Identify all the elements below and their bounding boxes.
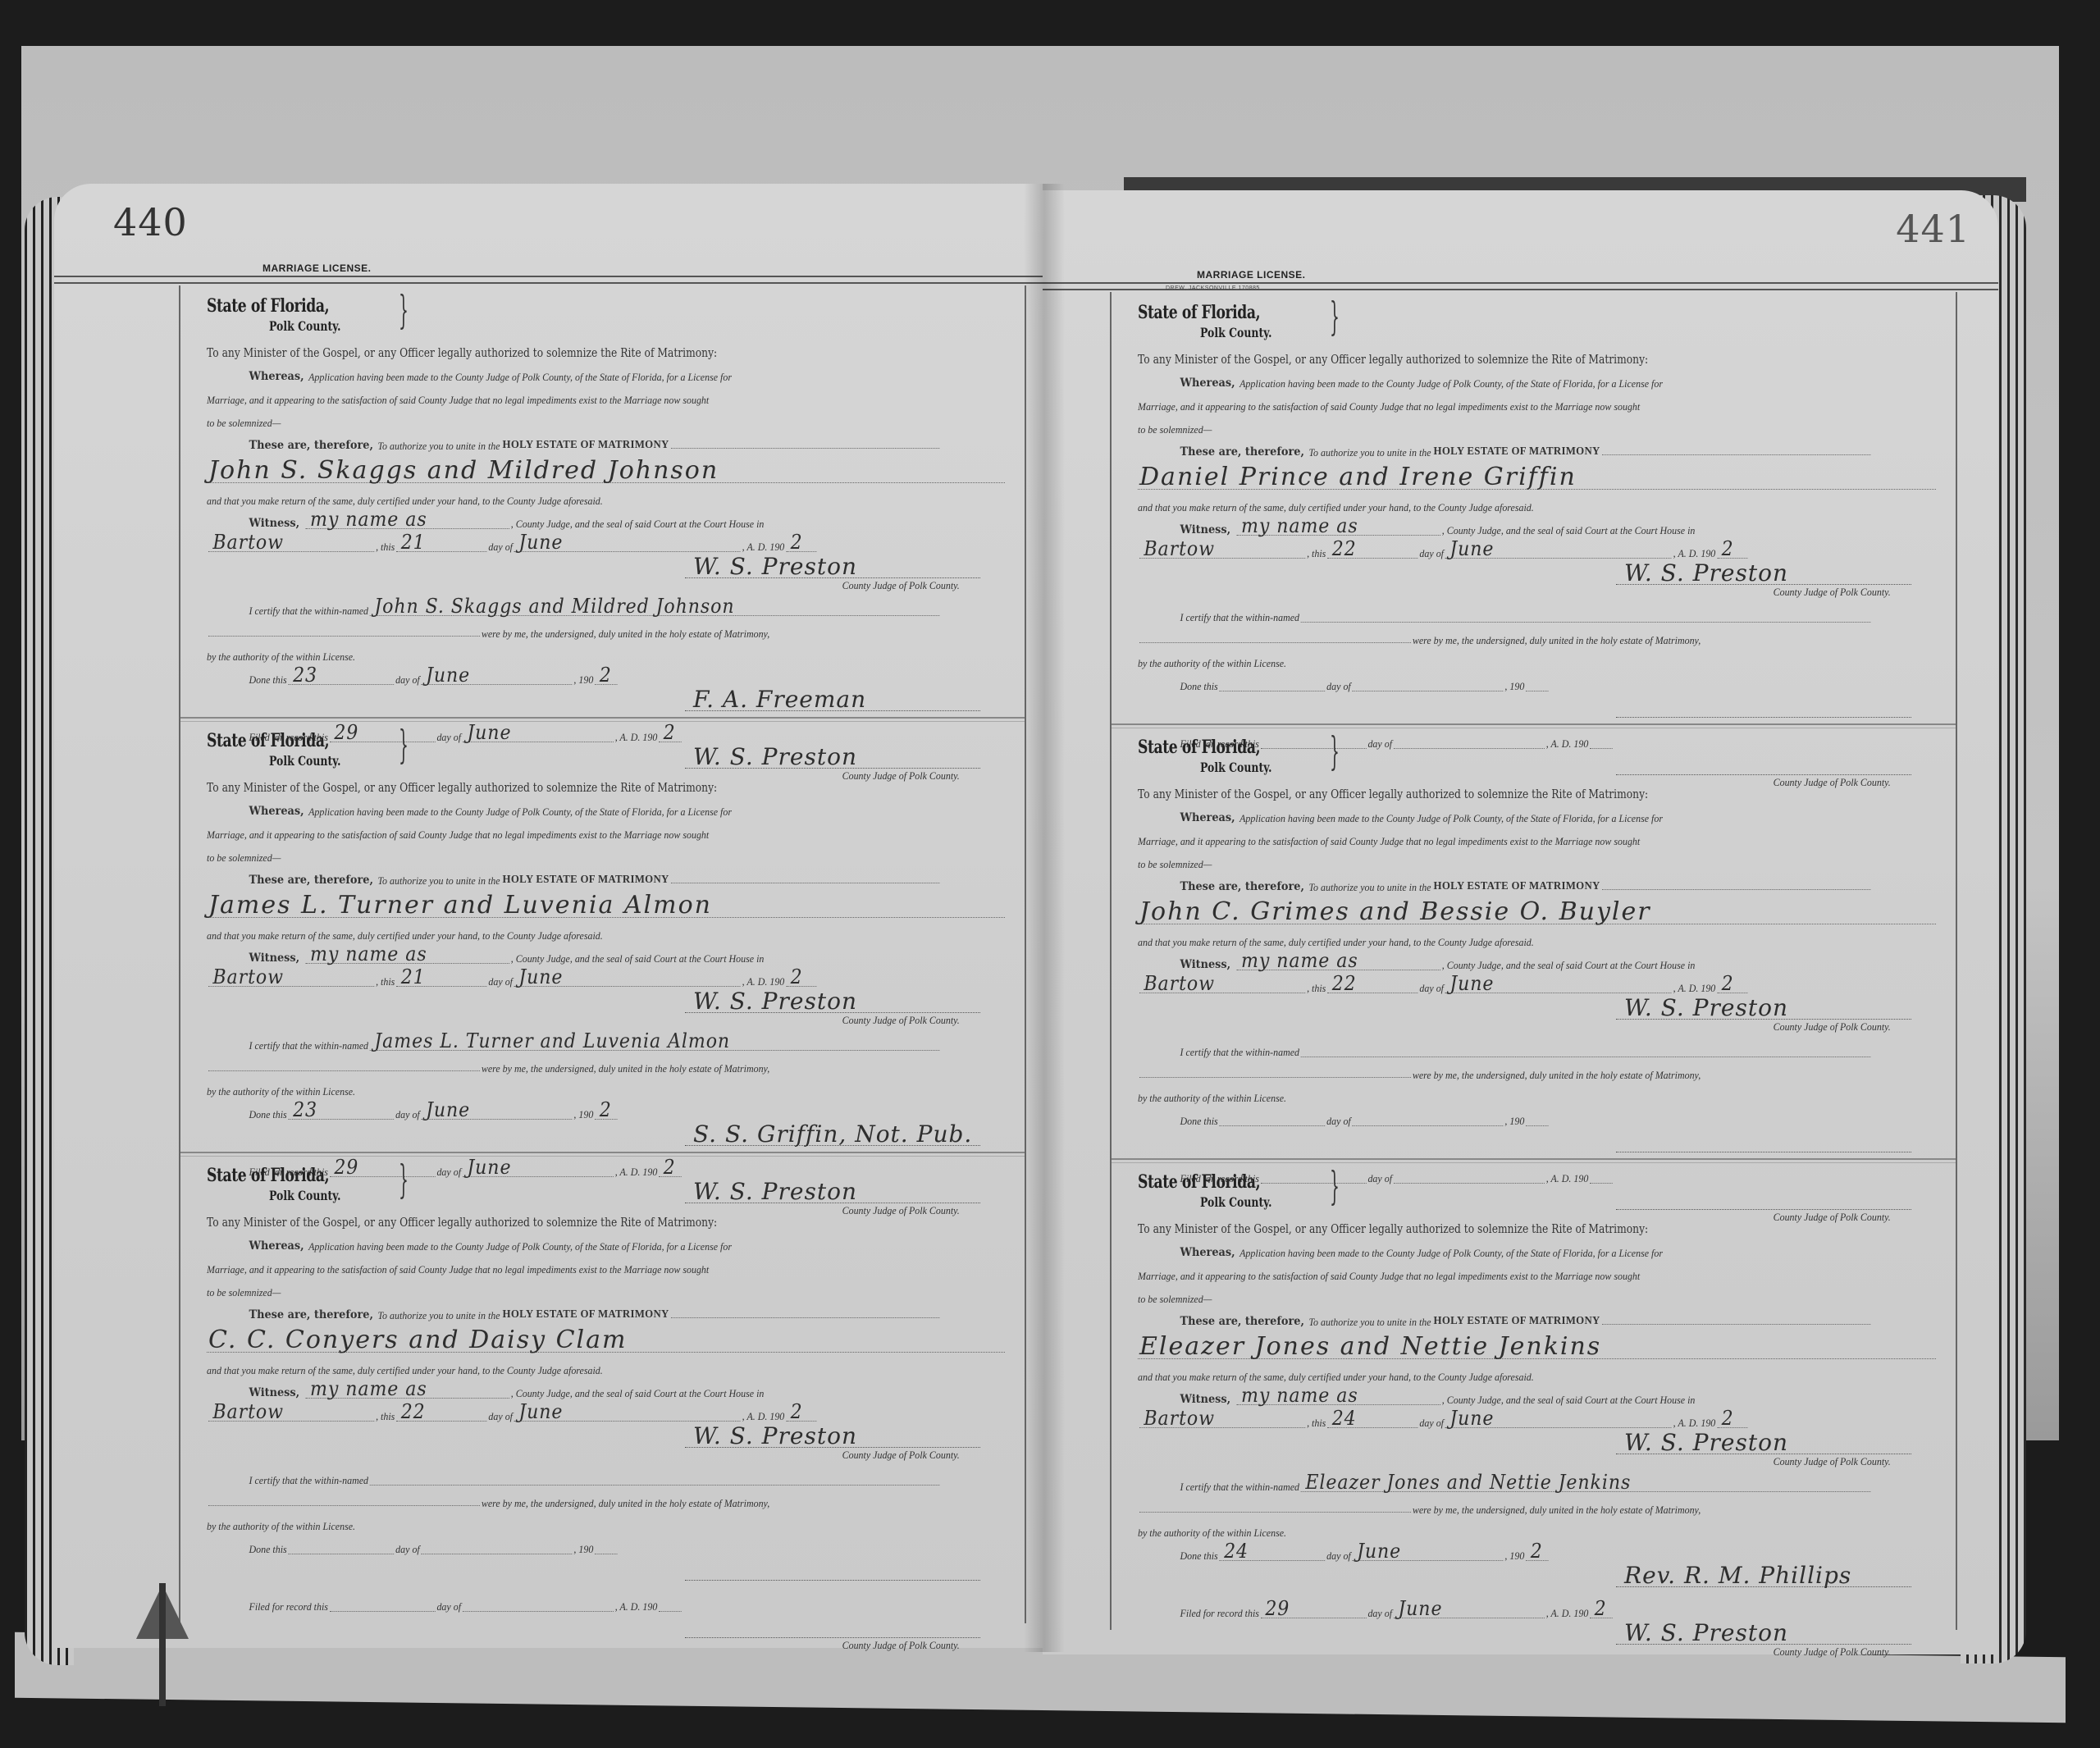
done-month-field[interactable] (1353, 676, 1504, 691)
witness-field[interactable]: my name as (1237, 955, 1440, 970)
done-day: 23 (293, 665, 317, 685)
witness-entry: my name as (310, 509, 427, 529)
address-line: To any Minister of the Gospel, or any Of… (1138, 783, 1792, 801)
filed-month: June (1398, 1599, 1442, 1618)
officiant-signature-field[interactable] (1616, 717, 1911, 718)
judge-caption: County Judge of Polk County. (271, 1449, 1005, 1463)
issue-month: June (518, 1402, 563, 1422)
couple-names-field[interactable]: Daniel Prince and Irene Griffin (1138, 461, 1936, 490)
were-line: were by me, the undersigned, duly united… (207, 621, 941, 639)
filed-day: 29 (1265, 1599, 1290, 1618)
witness-entry: my name as (310, 1379, 427, 1399)
witness-label: Witness, (249, 1387, 300, 1399)
day-of-label: day of (1367, 1608, 1392, 1618)
whereas-text: Application having been made to the Coun… (308, 806, 732, 817)
day-of-label: day of (395, 1544, 420, 1554)
filed-year-field[interactable]: 2 (1590, 1603, 1613, 1618)
issue-year-field[interactable]: 2 (786, 536, 816, 552)
whereas-line-1: Whereas, Application having been made to… (1138, 371, 1872, 389)
whereas-label: Whereas, (1180, 1247, 1235, 1258)
page-441: 441 MARRIAGE LICENSE. DREW, JACKSONVILLE… (1043, 190, 1998, 1654)
issue-day: 24 (1332, 1408, 1357, 1428)
couple-names-field[interactable]: James L. Turner and Luvenia Almon (207, 889, 1005, 918)
day-of-label: day of (1326, 1550, 1351, 1561)
done-month-field[interactable] (1353, 1111, 1504, 1126)
printer-imprint: DREW, JACKSONVILLE 170885 (1166, 285, 1260, 291)
couple-names-field[interactable]: John S. Skaggs and Mildred Johnson (207, 454, 1005, 483)
couple-names: Eleazer Jones and Nettie Jenkins (1139, 1335, 1601, 1359)
this-label: , this (1307, 983, 1326, 993)
certify-text: I certify that the within-named (1180, 1481, 1299, 1492)
marriage-license-entry: State of Florida, Polk County. } To any … (1112, 292, 1956, 790)
place-entry: Bartow (1144, 974, 1215, 993)
certify-text: I certify that the within-named (249, 1475, 368, 1486)
place-entry: Bartow (1144, 539, 1215, 559)
filed-month-field[interactable]: June (1394, 1603, 1545, 1618)
done-year-field[interactable]: 2 (595, 1104, 618, 1120)
done-label: Done this (249, 674, 287, 685)
these-label: These are, therefore, (1180, 881, 1304, 892)
done-year-field[interactable] (1526, 1111, 1549, 1126)
were-line: were by me, the undersigned, duly united… (207, 1490, 941, 1508)
whereas-line-2: Marriage, and it appearing to the satisf… (1138, 394, 1872, 412)
whereas-text: Application having been made to the Coun… (308, 1241, 732, 1252)
done-year-label: , 190 (1504, 1550, 1524, 1561)
whereas-label: Whereas, (249, 1240, 304, 1252)
issue-month-field[interactable]: June (514, 536, 741, 552)
whereas-line-2: Marriage, and it appearing to the satisf… (1138, 828, 1872, 847)
issuing-judge-signature-field[interactable]: W. S. Preston (685, 1012, 980, 1013)
issuing-judge-signature: W. S. Preston (693, 555, 857, 578)
done-label: Done this (1180, 1116, 1218, 1126)
witness-text: , County Judge, and the seal of said Cou… (1442, 1394, 1696, 1405)
witness-line: Witness, my name as , County Judge, and … (1138, 952, 1872, 970)
officiant-signature-field[interactable] (1616, 1152, 1911, 1152)
day-of-label: day of (1419, 983, 1444, 993)
couple-names: James L. Turner and Luvenia Almon (208, 893, 712, 918)
done-month-field[interactable] (422, 1539, 573, 1554)
officiant-signature-field[interactable]: S. S. Griffin, Not. Pub. (685, 1145, 980, 1146)
place-entry: Bartow (212, 1402, 284, 1422)
state-heading: State of Florida, (207, 297, 829, 317)
done-year-field[interactable] (595, 1539, 618, 1554)
filed-year-field[interactable] (659, 1596, 682, 1612)
issue-year-field[interactable]: 2 (786, 971, 816, 987)
issue-date-line: Bartow , this 22 day of June , A. D. 190… (207, 1403, 941, 1422)
issuing-judge-signature-field[interactable]: W. S. Preston (1616, 1454, 1911, 1454)
issue-month-field[interactable]: June (514, 1406, 741, 1422)
ad-label: , A. D. 190 (1673, 983, 1716, 993)
officiant-signature-row (1138, 691, 1936, 719)
brace-glyph: } (399, 1160, 409, 1199)
were-line: were by me, the undersigned, duly united… (1138, 628, 1872, 646)
filed-label: Filed for record this (1180, 1608, 1259, 1618)
running-head: MARRIAGE LICENSE. (1197, 269, 1306, 281)
address-line: To any Minister of the Gospel, or any Of… (207, 341, 861, 359)
done-month-field[interactable]: June (422, 1104, 573, 1120)
certify-text: I certify that the within-named (1180, 612, 1299, 623)
filing-judge-signature-field[interactable] (685, 1637, 980, 1638)
issue-day-field[interactable]: 21 (396, 971, 486, 987)
done-day-field[interactable]: 23 (289, 1104, 395, 1120)
state-heading: State of Florida, (1138, 738, 1760, 758)
issuing-judge-signature: W. S. Preston (1624, 997, 1788, 1020)
authority-line: by the authority of the within License. (207, 1079, 941, 1097)
whereas-line-3: to be solemnized— (1138, 851, 1872, 869)
witness-field[interactable]: my name as (306, 948, 509, 964)
couple-names-field[interactable]: C. C. Conyers and Daisy Clam (207, 1324, 1005, 1353)
holy-estate-label: HOLY ESTATE OF MATRIMONY (503, 440, 669, 451)
issue-day-field[interactable]: 24 (1327, 1413, 1417, 1428)
certify-line: I certify that the within-named (207, 1467, 941, 1486)
were-text: were by me, the undersigned, duly united… (482, 628, 769, 639)
certified-names-field[interactable]: Eleazer Jones and Nettie Jenkins (1301, 1476, 1870, 1492)
whereas-label: Whereas, (1180, 377, 1235, 389)
witness-text: , County Judge, and the seal of said Cou… (1442, 525, 1696, 536)
certified-names-field[interactable]: John S. Skaggs and Mildred Johnson (370, 600, 939, 616)
issue-date-line: Bartow , this 21 day of June , A. D. 190… (207, 969, 941, 987)
return-line: and that you make return of the same, du… (207, 488, 941, 506)
dotted-rule (1601, 889, 1870, 890)
address-line: To any Minister of the Gospel, or any Of… (1138, 1217, 1792, 1235)
witness-line: Witness, my name as , County Judge, and … (1138, 1387, 1872, 1405)
filed-day-field[interactable]: 29 (1261, 1603, 1367, 1618)
certified-names-field[interactable]: James L. Turner and Luvenia Almon (370, 1035, 939, 1051)
certify-line: I certify that the within-named (1138, 1039, 1872, 1057)
issue-day-field[interactable]: 22 (396, 1406, 486, 1422)
county-heading: Polk County. } (269, 755, 843, 771)
whereas-line-1: Whereas, Application having been made to… (207, 799, 941, 817)
couple-names: John C. Grimes and Bessie O. Buyler (1139, 900, 1651, 924)
witness-field[interactable]: my name as (306, 513, 509, 529)
filed-day-field[interactable] (330, 1596, 436, 1612)
certified-names-field[interactable] (1301, 607, 1870, 623)
these-text: To authorize you to unite in the (1308, 882, 1431, 892)
dotted-rule (208, 1070, 480, 1071)
done-year-label: , 190 (573, 674, 593, 685)
issuing-judge-signature-field[interactable]: W. S. Preston (1616, 584, 1911, 585)
authority-line: by the authority of the within License. (207, 644, 941, 662)
issue-day: 21 (401, 967, 426, 987)
day-of-label: day of (395, 674, 420, 685)
certified-names-field[interactable] (1301, 1042, 1870, 1057)
witness-field[interactable]: my name as (1237, 1390, 1440, 1405)
county-heading-text: Polk County. (1200, 325, 1271, 340)
witness-entry: my name as (1241, 1385, 1358, 1405)
officiant-signature-row (1138, 1126, 1936, 1154)
officiant-signature: Rev. R. M. Phillips (1624, 1564, 1851, 1587)
county-heading-text: Polk County. (1200, 1194, 1271, 1210)
issue-day-field[interactable]: 22 (1327, 978, 1417, 993)
done-day-field[interactable]: 24 (1220, 1545, 1326, 1561)
done-day: 24 (1224, 1541, 1249, 1561)
done-line: Done this 23 day of June , 190 2 (207, 667, 941, 685)
issue-year: 2 (1722, 539, 1734, 559)
issue-month: June (1449, 974, 1494, 993)
officiant-signature-field[interactable]: F. A. Freeman (685, 710, 980, 711)
issue-day: 22 (401, 1402, 426, 1422)
issue-day: 22 (1332, 539, 1357, 559)
day-of-label: day of (395, 1109, 420, 1120)
couple-names: Daniel Prince and Irene Griffin (1139, 465, 1577, 490)
license-frame: State of Florida, Polk County. } To any … (1110, 292, 1957, 1630)
done-year: 2 (600, 1100, 612, 1120)
marriage-license-entry: State of Florida, Polk County. } To any … (180, 720, 1025, 1218)
done-line: Done this 23 day of June , 190 2 (207, 1102, 941, 1120)
issue-year: 2 (1722, 974, 1734, 993)
holy-estate-label: HOLY ESTATE OF MATRIMONY (1434, 446, 1600, 458)
issue-day: 21 (401, 532, 426, 552)
header-rule (54, 276, 1043, 284)
done-month: June (1357, 1541, 1401, 1561)
dotted-rule (1601, 454, 1870, 455)
judge-caption: County Judge of Polk County. (271, 1640, 1005, 1653)
done-day-field[interactable] (1220, 676, 1326, 691)
couple-names-field[interactable]: Eleazer Jones and Nettie Jenkins (1138, 1330, 1936, 1359)
officiant-signature-row: S. S. Griffin, Not. Pub. (207, 1120, 1005, 1148)
done-year-field[interactable]: 2 (1526, 1545, 1549, 1561)
address-line: To any Minister of the Gospel, or any Of… (1138, 348, 1792, 366)
issue-year: 2 (1722, 1408, 1734, 1428)
place-field[interactable]: Bartow (208, 971, 374, 987)
filing-signature-row (207, 1612, 1005, 1640)
running-head: MARRIAGE LICENSE. (262, 262, 372, 274)
issue-month: June (518, 967, 563, 987)
done-line: Done this day of , 190 (1138, 673, 1872, 691)
issuing-signature-row: W. S. Preston (1138, 1428, 1936, 1456)
issue-year-field[interactable]: 2 (1717, 978, 1747, 993)
witness-field[interactable]: my name as (306, 1383, 509, 1399)
entry-separator (180, 717, 1025, 722)
judge-caption: County Judge of Polk County. (1202, 586, 1936, 600)
certify-text: I certify that the within-named (249, 1040, 368, 1051)
holy-estate-label: HOLY ESTATE OF MATRIMONY (503, 874, 669, 886)
done-day: 23 (293, 1100, 317, 1120)
issue-year-field[interactable]: 2 (1717, 543, 1747, 559)
issuing-judge-signature: W. S. Preston (693, 1425, 857, 1448)
brace-glyph: } (399, 290, 409, 330)
done-day-field[interactable]: 23 (289, 669, 395, 685)
filed-label: Filed for record this (249, 1601, 328, 1612)
holy-estate-label: HOLY ESTATE OF MATRIMONY (503, 1309, 669, 1321)
filed-month-field[interactable] (463, 1596, 614, 1612)
were-line: were by me, the undersigned, duly united… (207, 1056, 941, 1074)
entry-separator (1112, 1158, 1956, 1163)
whereas-text: Application having been made to the Coun… (1239, 813, 1663, 824)
these-text: To authorize you to unite in the (1308, 447, 1431, 458)
these-label: These are, therefore, (249, 1309, 373, 1321)
spacer (1138, 1589, 1936, 1595)
dotted-rule (1139, 1077, 1411, 1078)
these-line: These are, therefore, To authorize you t… (1138, 874, 1872, 892)
brace-glyph: } (1330, 297, 1340, 336)
certified-names-field[interactable] (370, 1470, 939, 1486)
whereas-line-2: Marriage, and it appearing to the satisf… (207, 1257, 941, 1275)
issue-month-field[interactable]: June (1445, 543, 1672, 559)
dotted-rule (1139, 642, 1411, 643)
witness-text: , County Judge, and the seal of said Cou… (511, 518, 765, 529)
certified-names: John S. Skaggs and Mildred Johnson (374, 596, 734, 616)
whereas-text: Application having been made to the Coun… (1239, 1248, 1663, 1258)
were-text: were by me, the undersigned, duly united… (482, 1063, 769, 1074)
page-holder-rod (159, 1583, 166, 1706)
dotted-rule (1601, 1324, 1870, 1325)
address-line: To any Minister of the Gospel, or any Of… (207, 1211, 861, 1229)
certify-line: I certify that the within-named Eleazer … (1138, 1474, 1872, 1492)
these-text: To authorize you to unite in the (377, 1310, 500, 1321)
witness-field[interactable]: my name as (1237, 520, 1440, 536)
county-heading: Polk County. } (1200, 761, 1774, 778)
spacer (207, 1582, 1005, 1589)
couple-names-field[interactable]: John C. Grimes and Bessie O. Buyler (1138, 896, 1936, 924)
issuing-judge-signature-field[interactable]: W. S. Preston (1616, 1019, 1911, 1020)
officiant-signature-row (207, 1554, 1005, 1582)
brace-glyph: } (1330, 732, 1340, 771)
county-heading-text: Polk County. (1200, 760, 1271, 775)
brace-glyph: } (1330, 1166, 1340, 1206)
done-year: 2 (600, 665, 612, 685)
day-of-label: day of (1419, 1417, 1444, 1428)
witness-line: Witness, my name as , County Judge, and … (207, 1381, 941, 1399)
ad-label: , A. D. 190 (1673, 548, 1716, 559)
issue-date-line: Bartow , this 24 day of June , A. D. 190… (1138, 1410, 1872, 1428)
issuing-judge-signature: W. S. Preston (1624, 1431, 1788, 1454)
day-of-label: day of (1326, 681, 1351, 691)
county-heading: Polk County. } (269, 320, 843, 336)
ad-label: , A. D. 190 (1673, 1417, 1716, 1428)
brace-glyph: } (399, 725, 409, 764)
this-label: , this (376, 541, 395, 552)
were-text: were by me, the undersigned, duly united… (1413, 1504, 1701, 1515)
marriage-license-entry: State of Florida, Polk County. } To any … (1112, 1162, 1956, 1659)
place-field[interactable]: Bartow (208, 536, 374, 552)
county-heading: Polk County. } (269, 1189, 843, 1206)
issue-date-line: Bartow , this 22 day of June , A. D. 190… (1138, 541, 1872, 559)
issue-year: 2 (791, 967, 803, 987)
dotted-rule (670, 1317, 939, 1318)
were-text: were by me, the undersigned, duly united… (1413, 1070, 1701, 1080)
certify-text: I certify that the within-named (249, 605, 368, 616)
these-text: To authorize you to unite in the (377, 875, 500, 886)
done-label: Done this (1180, 681, 1218, 691)
issue-month-field[interactable]: June (1445, 1413, 1672, 1428)
done-day-field[interactable] (289, 1539, 395, 1554)
these-label: These are, therefore, (1180, 446, 1304, 458)
issuing-signature-row: W. S. Preston (207, 552, 1005, 580)
done-year-field[interactable]: 2 (595, 669, 618, 685)
marriage-license-entry: State of Florida, Polk County. } To any … (180, 1155, 1025, 1653)
done-year-label: , 190 (1504, 681, 1524, 691)
issue-month-field[interactable]: June (1445, 978, 1672, 993)
these-line: These are, therefore, To authorize you t… (207, 868, 941, 886)
dotted-rule (670, 883, 939, 883)
issuing-signature-row: W. S. Preston (1138, 993, 1936, 1021)
whereas-label: Whereas, (1180, 812, 1235, 824)
authority-line: by the authority of the within License. (1138, 1085, 1872, 1103)
entry-separator (180, 1152, 1025, 1157)
whereas-line-1: Whereas, Application having been made to… (1138, 806, 1872, 824)
whereas-text: Application having been made to the Coun… (308, 372, 732, 382)
filing-judge-signature-field[interactable]: W. S. Preston (1616, 1644, 1911, 1645)
done-line: Done this day of , 190 (1138, 1108, 1872, 1126)
whereas-line-3: to be solemnized— (207, 410, 941, 428)
issue-date-line: Bartow , this 21 day of June , A. D. 190… (207, 534, 941, 552)
issue-year: 2 (791, 532, 803, 552)
day-of-label: day of (436, 1601, 461, 1612)
page-number: 440 (113, 200, 188, 244)
filed-line: Filed for record this day of , A. D. 190 (207, 1594, 941, 1612)
state-heading: State of Florida, (1138, 304, 1760, 323)
marriage-license-entry: State of Florida, Polk County. } To any … (1112, 727, 1956, 1225)
entry-separator (1112, 723, 1956, 728)
done-month-field[interactable]: June (1353, 1545, 1504, 1561)
witness-text: , County Judge, and the seal of said Cou… (1442, 960, 1696, 970)
certify-line: I certify that the within-named (1138, 605, 1872, 623)
day-of-label: day of (488, 541, 513, 552)
these-line: These are, therefore, To authorize you t… (207, 1303, 941, 1321)
dotted-rule (208, 1505, 480, 1506)
officiant-signature: F. A. Freeman (693, 688, 866, 711)
day-of-label: day of (488, 976, 513, 987)
whereas-text: Application having been made to the Coun… (1239, 378, 1663, 389)
done-day-field[interactable] (1220, 1111, 1326, 1126)
day-of-label: day of (1326, 1116, 1351, 1126)
place-field[interactable]: Bartow (1139, 543, 1305, 559)
holy-estate-label: HOLY ESTATE OF MATRIMONY (1434, 881, 1600, 892)
whereas-line-2: Marriage, and it appearing to the satisf… (207, 387, 941, 405)
couple-names: John S. Skaggs and Mildred Johnson (208, 459, 719, 483)
this-label: , this (1307, 548, 1326, 559)
county-heading-text: Polk County. (269, 318, 340, 334)
done-month: June (426, 1100, 470, 1120)
state-heading: State of Florida, (207, 1166, 829, 1186)
certify-line: I certify that the within-named James L.… (207, 1033, 941, 1051)
issuing-judge-signature-field[interactable]: W. S. Preston (685, 1447, 980, 1448)
issuing-judge-signature-field[interactable]: W. S. Preston (685, 577, 980, 578)
place-entry: Bartow (212, 532, 284, 552)
witness-label: Witness, (249, 518, 300, 529)
couple-names: C. C. Conyers and Daisy Clam (208, 1328, 627, 1353)
return-line: and that you make return of the same, du… (1138, 495, 1872, 513)
page-440: 440 MARRIAGE LICENSE. State of Florida, … (54, 184, 1043, 1648)
witness-text: , County Judge, and the seal of said Cou… (511, 953, 765, 964)
issue-month-field[interactable]: June (514, 971, 741, 987)
place-field[interactable]: Bartow (1139, 1413, 1305, 1428)
issue-date-line: Bartow , this 22 day of June , A. D. 190… (1138, 975, 1872, 993)
this-label: , this (376, 1411, 395, 1422)
issue-year-field[interactable]: 2 (786, 1406, 816, 1422)
officiant-signature: S. S. Griffin, Not. Pub. (693, 1123, 972, 1146)
issue-year-field[interactable]: 2 (1717, 1413, 1747, 1428)
these-label: These are, therefore, (249, 440, 373, 451)
these-text: To authorize you to unite in the (1308, 1317, 1431, 1327)
marriage-license-entry: State of Florida, Polk County. } To any … (180, 285, 1025, 783)
witness-line: Witness, my name as , County Judge, and … (1138, 518, 1872, 536)
done-year-label: , 190 (573, 1109, 593, 1120)
issue-day-field[interactable]: 21 (396, 536, 486, 552)
done-year-label: , 190 (573, 1544, 593, 1554)
judge-caption: County Judge of Polk County. (1202, 1021, 1936, 1034)
done-year-field[interactable] (1526, 676, 1549, 691)
place-field[interactable]: Bartow (1139, 978, 1305, 993)
issue-day-field[interactable]: 22 (1327, 543, 1417, 559)
officiant-signature-field[interactable] (685, 1580, 980, 1581)
officiant-signature-field[interactable]: Rev. R. M. Phillips (1616, 1586, 1911, 1587)
place-field[interactable]: Bartow (208, 1406, 374, 1422)
license-frame: State of Florida, Polk County. } To any … (179, 285, 1026, 1623)
officiant-signature-row: F. A. Freeman (207, 685, 1005, 713)
done-month-field[interactable]: June (422, 669, 573, 685)
